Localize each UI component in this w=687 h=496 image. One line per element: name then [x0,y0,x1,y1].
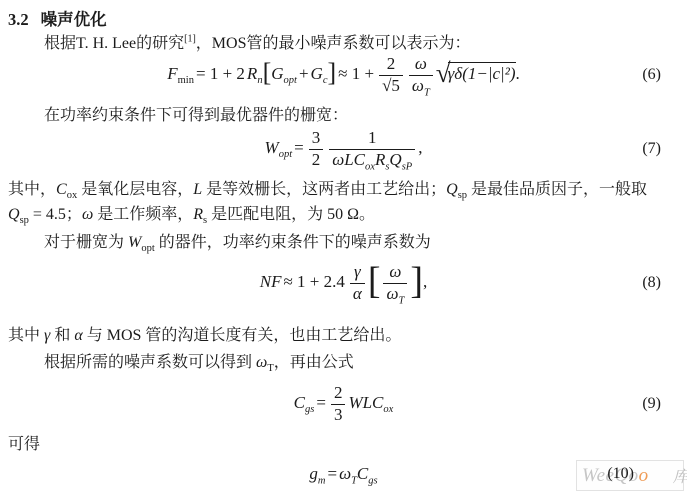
paragraph-definitions-line1: 其中，Cox 是氧化层电容，L 是等效栅长，这两者由工艺给出；Qsp 是最佳品质… [8,177,679,202]
var: g [309,464,318,483]
punctuation: . [516,64,520,83]
subscript: sP [402,161,413,172]
denominator: α [353,284,362,303]
paragraph-text: 在功率约束条件下可得到最优器件的栅宽： [44,107,348,124]
paragraph-text: 根据所需的噪声系数可以得到 [44,354,256,371]
subscript: T [424,87,430,98]
fraction: ωωT [409,54,433,96]
var: C [294,393,305,412]
paragraph-text: 是匹配电阻，为 50 Ω。 [207,206,375,223]
paragraph-text: ，再由公式 [274,354,354,371]
bracket: ] [410,260,423,302]
paragraph-gate-width: 在功率约束条件下可得到最优器件的栅宽： [8,102,679,125]
bracket: [ [263,58,272,87]
paragraph-text: 是工作频率， [93,206,193,223]
var: NF [260,272,282,291]
numerator: 2 [331,383,346,403]
equation-row-8: NF≈ 1 + 2.4γα[ωωT], (8) [8,252,679,314]
equation-number-6: (6) [642,66,661,84]
operator: + [297,64,311,83]
citation-ref: [1] [184,34,196,45]
fraction: 32 [309,128,324,170]
paragraph-text: 是氧化层电容， [77,181,193,198]
var: Q [389,150,401,169]
var: ω [82,206,93,223]
equation-number-9: (9) [642,395,661,413]
section-number: 3.2 [8,10,29,29]
var: α [74,327,82,344]
subscript: ox [67,190,78,201]
numerator: ω [415,54,427,73]
bracket: [ [368,260,381,302]
fraction: 1ωLCoxRsQsP [329,128,415,170]
paragraph-omega-t: 根据所需的噪声系数可以得到 ωT，再由公式 [8,349,679,372]
equation-9-formula: Cgs=23WLCox [294,383,394,425]
subscript: n [257,75,262,86]
fraction: 23 [331,383,346,425]
subscript: ox [365,161,375,172]
numerator: 3 [309,128,324,148]
equation-number-8: (8) [642,274,661,292]
var: ωLC [332,150,365,169]
paragraph-kede: 可得 [8,431,679,454]
var: C [357,464,368,483]
bracket: ] [327,58,336,87]
var: L [193,181,202,198]
paragraph-nf: 对于栅宽为 Wopt 的器件，功率约束条件下的噪声系数为 [8,229,679,252]
var: F [167,64,177,83]
var: Q [8,206,20,223]
denominator: 3 [331,404,346,425]
numerator: 2 [379,54,403,74]
fraction: ωωT [383,262,407,304]
numerator: ω [389,262,401,281]
paragraph-text: 与 MOS 管的沟道长度有关，也由工艺给出。 [83,327,402,344]
paragraph-text: 可得 [8,436,40,453]
equation-number-7: (7) [642,140,661,158]
document-page: 3.2噪声优化 根据T. H. Lee的研究[1]，MOS管的最小噪声系数可以表… [0,0,687,496]
fraction: 2√5 [379,54,403,96]
paragraph-text: 是等效栅长，这两者由工艺给出； [202,181,446,198]
equation-7-formula: Wopt=321ωLCoxRsQsP, [265,128,423,170]
paragraph-text: 是最佳品质因子，一般取 [467,181,647,198]
subscript: opt [279,149,292,160]
denominator: 2 [309,149,324,170]
paragraph-text: 对于栅宽为 [44,234,128,251]
subscript: sp [458,190,467,201]
paragraph-text: 其中， [8,181,56,198]
subscript: gs [368,475,377,486]
subscript: T [399,295,405,306]
var: G [271,64,283,83]
numerator: 1 [329,128,415,148]
equation-row-9: Cgs=23WLCox (9) [8,378,679,430]
operator: = [292,138,306,157]
subscript: opt [284,75,297,86]
paragraph-definitions-line2: Qsp = 4.5；ω 是工作频率，Rs 是匹配电阻，为 50 Ω。 [8,202,679,227]
var: R [247,64,257,83]
radicand-text: γδ(1−|c|²) [448,64,516,83]
paragraph-text: 和 [50,327,74,344]
denominator: ωLCoxRsQsP [329,149,415,170]
punctuation: , [418,138,422,157]
operator: = 1 + 2 [194,64,247,83]
equation-6-formula: Fmin= 1 + 2Rn[Gopt+Gc]≈ 1 +2√5ωωT√γδ(1−|… [167,54,520,96]
var: WLC [348,393,383,412]
equation-row-10: gm=ωTCgs (10) [8,456,679,492]
fraction: γα [350,262,365,304]
subscript: ox [383,404,393,415]
equation-8-formula: NF≈ 1 + 2.4γα[ωωT], [260,262,428,304]
section-title: 噪声优化 [41,10,107,29]
sqrt-radicand: γδ(1−|c|²) [448,62,516,83]
denominator: ω [386,284,398,303]
operator: ≈ 1 + [336,64,376,83]
punctuation: , [423,272,427,291]
subscript: min [178,75,194,86]
paragraph-text: = 4.5； [29,206,82,223]
var: W [265,138,279,157]
var: C [56,181,67,198]
subscript: gs [305,404,314,415]
equation-10-formula: gm=ωTCgs [309,464,377,484]
var: R [193,206,203,223]
var: ω [339,464,351,483]
subscript: sp [20,215,29,226]
paragraph-text: 其中 [8,327,44,344]
equation-row-6: Fmin= 1 + 2Rn[Gopt+Gc]≈ 1 +2√5ωωT√γδ(1−|… [8,50,679,100]
equation-number-10: (10) [607,465,634,483]
denominator: ω [412,76,424,95]
numerator: γ [354,262,361,281]
var: W [128,234,141,251]
section-heading: 3.2噪声优化 [8,6,679,30]
paragraph-gamma-alpha: 其中 γ 和 α 与 MOS 管的沟道长度有关，也由工艺给出。 [8,322,679,345]
operator: = [314,393,328,412]
denominator: √5 [379,75,403,96]
var: Q [446,181,458,198]
operator: ≈ 1 + 2.4 [281,272,346,291]
var: R [375,150,385,169]
var: G [311,64,323,83]
var: ω [256,354,267,371]
sqrt-sign: √ [436,58,451,88]
equation-row-7: Wopt=321ωLCoxRsQsP, (7) [8,124,679,174]
paragraph-text: 的器件，功率约束条件下的噪声系数为 [155,234,431,251]
operator: = [325,464,339,483]
